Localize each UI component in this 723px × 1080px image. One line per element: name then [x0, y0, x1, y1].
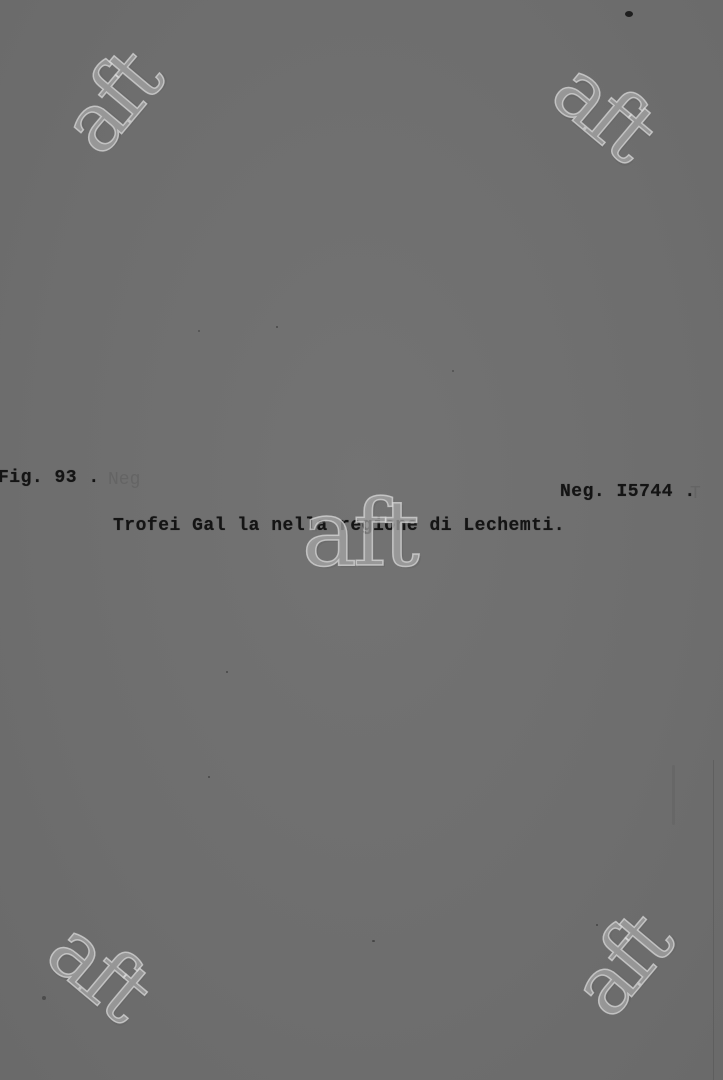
watermark-logo: aft	[558, 901, 685, 1030]
watermark-logo: aft	[33, 907, 162, 1034]
dust-speck	[208, 776, 210, 778]
dust-speck	[226, 671, 228, 673]
ink-spot	[625, 11, 633, 17]
dust-speck	[198, 330, 200, 332]
show-through-text: Neg	[108, 470, 140, 490]
watermark-logo: aft	[48, 38, 175, 167]
dust-speck	[42, 996, 46, 1000]
figure-number: Fig. 93 .	[0, 468, 100, 488]
scratch-mark	[672, 765, 675, 825]
card-edge-line	[713, 760, 714, 1080]
dust-speck	[276, 326, 278, 328]
dust-speck	[452, 370, 454, 372]
archival-photo-card: Neg T Fig. 93 . Neg. I5744 . Trofei Gal …	[0, 0, 723, 1080]
watermark-logo: aft	[538, 47, 667, 174]
watermark-logo: aft	[302, 488, 416, 580]
dust-speck	[372, 940, 375, 942]
negative-number: Neg. I5744 .	[560, 482, 696, 502]
